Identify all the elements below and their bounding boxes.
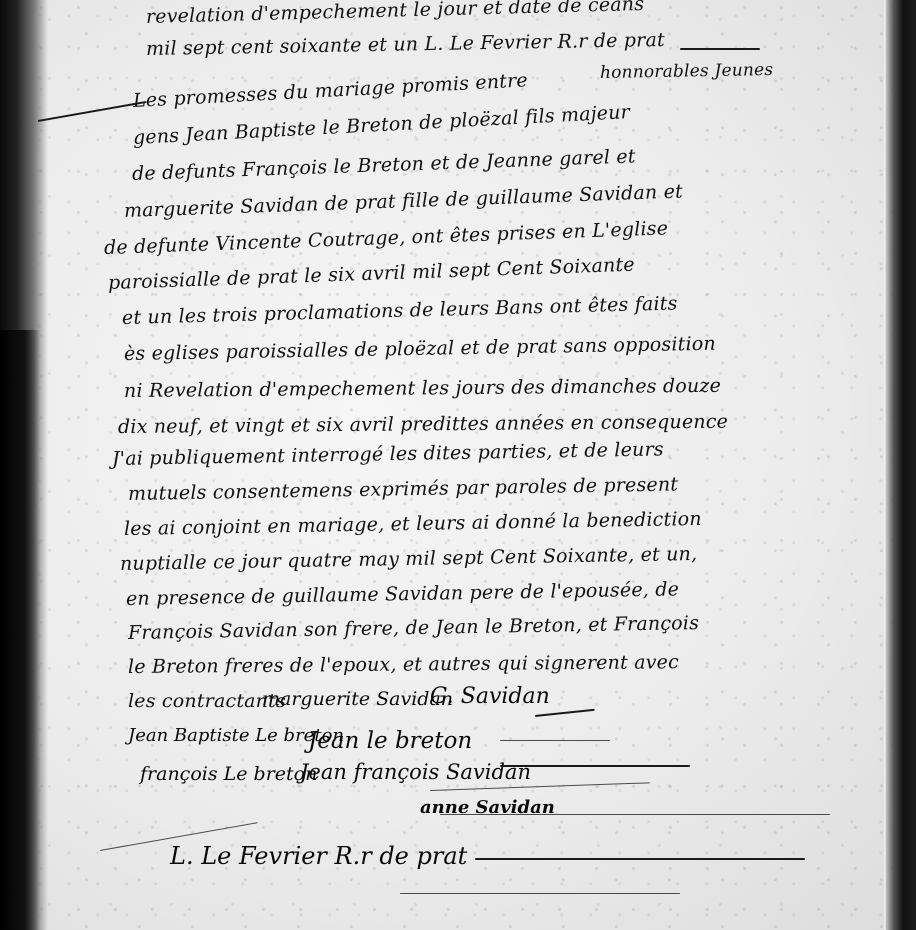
entry-line-17: le Breton freres de l'epoux, et autres q… — [128, 651, 679, 678]
signature-marguerite-savidan: marguerite Savidan — [262, 688, 453, 710]
right-binding-shadow — [884, 0, 916, 930]
signature-g-savidan: G. Savidan — [430, 684, 550, 709]
signature-flourish — [500, 765, 690, 767]
entry-line-7: et un les trois proclamations de leurs B… — [122, 292, 678, 329]
entry-line-11: J'ai publiquement interrogé les dites pa… — [112, 438, 664, 470]
entry-line-2: gens Jean Baptiste le Breton de ploëzal … — [132, 101, 630, 149]
signature-flourish — [500, 740, 610, 741]
entry-line-12: mutuels consentemens exprimés par parole… — [128, 473, 679, 505]
entry-line-1: Les promesses du mariage promis entre — [132, 69, 528, 112]
signature-jean-francois-savidan: Jean françois Savidan — [300, 760, 531, 784]
flourish-line — [680, 48, 760, 50]
left-binding-shadow — [0, 0, 48, 930]
signature-francois-le-breton: françois Le breton — [140, 763, 317, 785]
entry-line-4: marguerite Savidan de prat fille de guil… — [124, 180, 684, 222]
entry-line-5: de defunte Vincente Coutrage, ont êtes p… — [104, 217, 669, 259]
entry-line-14: nuptialle ce jour quatre may mil sept Ce… — [120, 543, 698, 575]
entry-line-13: les ai conjoint en mariage, et leurs ai … — [124, 508, 702, 540]
entry-line-16: François Savidan son frere, de Jean le B… — [128, 612, 699, 644]
entry-line-6: paroissialle de prat le six avril mil se… — [108, 254, 635, 294]
signature-jean-le-breton: Jean le breton — [308, 728, 472, 754]
signature-underline — [440, 814, 830, 815]
previous-entry-line-1: revelation d'empechement le jour et date… — [146, 0, 645, 28]
margin-flourish — [38, 101, 147, 122]
signature-flourish — [475, 858, 805, 860]
entry-line-10: dix neuf, et vingt et six avril preditte… — [118, 411, 728, 438]
entry-line-9: ni Revelation d'empechement les jours de… — [124, 375, 721, 402]
entry-line-3: de defunts François le Breton et de Jean… — [132, 145, 636, 185]
entry-line-15: en presence de guillaume Savidan pere de… — [126, 578, 679, 610]
signature-flourish — [535, 709, 595, 717]
previous-entry-line-2: mil sept cent soixante et un L. Le Fevri… — [146, 29, 665, 60]
register-page: revelation d'empechement le jour et date… — [0, 0, 916, 930]
flourish-line — [400, 893, 680, 894]
signature-le-fevrier-recteur: L. Le Fevrier R.r de prat — [170, 842, 467, 870]
entry-line-8: ès eglises paroissialles de ploëzal et d… — [124, 333, 716, 365]
entry-line-0: honnorables Jeunes — [600, 60, 774, 83]
